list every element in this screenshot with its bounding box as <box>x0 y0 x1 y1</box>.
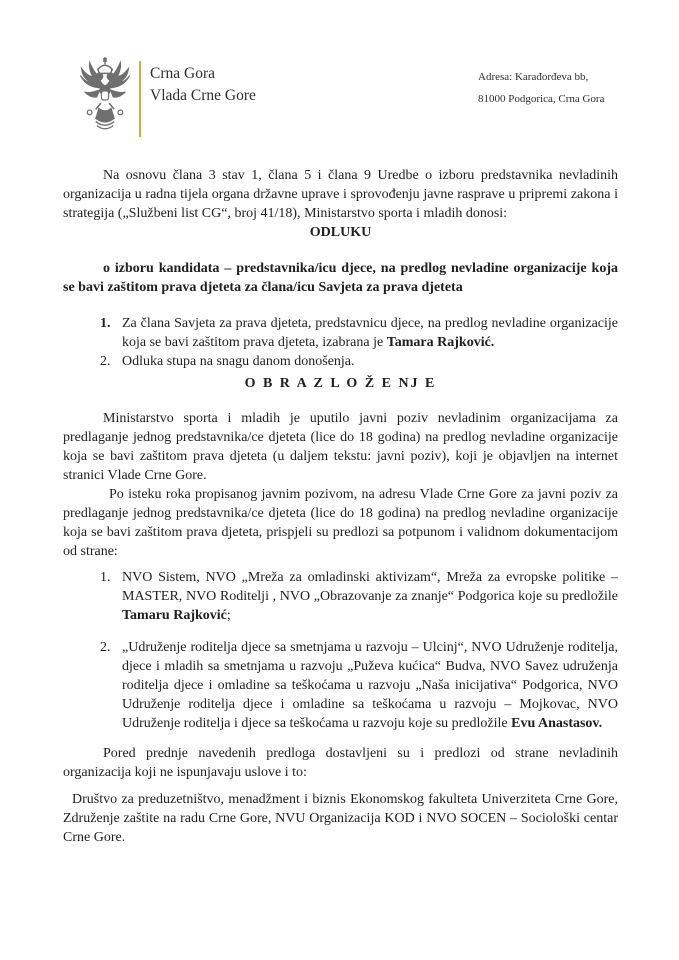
decision-item-1: 1. Za člana Savjeta za prava djeteta, pr… <box>63 314 618 352</box>
bold-name: Evu Anastasov. <box>511 716 602 731</box>
closing-paragraph-1: Pored prednje navedenih predloga dostavl… <box>63 744 618 782</box>
coat-of-arms-icon <box>76 56 134 140</box>
list-item-text: NVO Sistem, NVO „Mreža za omladinski akt… <box>122 570 618 623</box>
bold-name: Tamara Rajković. <box>387 335 495 350</box>
closing-paragraph-2: Društvo za preduzetništvo, menadžment i … <box>63 790 618 847</box>
rationale-paragraph-2: Po isteku roka propisanog javnim pozivom… <box>63 485 618 561</box>
decision-subject: o izboru kandidata – predstavnika/icu dj… <box>63 259 618 297</box>
decision-title: ODLUKU <box>63 223 618 242</box>
list-marker: 2. <box>100 638 111 657</box>
list-marker: 2. <box>100 352 111 371</box>
org-name-line2: Vlada Crne Gore <box>150 85 256 107</box>
address-line1: Adresa: Karađorđeva bb, <box>478 66 604 88</box>
letterhead: Crna Gora Vlada Crne Gore Adresa: Karađo… <box>0 0 679 150</box>
proposals-list: 1. NVO Sistem, NVO „Mreža za omladinski … <box>63 568 618 733</box>
list-marker: 1. <box>100 314 111 333</box>
proposal-item-2: 2. „Udruženje roditelja djece sa smetnja… <box>63 638 618 733</box>
letterhead-address: Adresa: Karađorđeva bb, 81000 Podgorica,… <box>478 66 604 110</box>
proposal-item-1: 1. NVO Sistem, NVO „Mreža za omladinski … <box>63 568 618 625</box>
document-page: Crna Gora Vlada Crne Gore Adresa: Karađo… <box>0 0 679 960</box>
bold-name: Tamaru Rajković <box>122 608 227 623</box>
rationale-heading: O B R A Z L O Ž E NJ E <box>63 374 618 393</box>
list-item-text: „Udruženje roditelja djece sa smetnjama … <box>122 640 618 731</box>
document-body: Na osnovu člana 3 stav 1, člana 5 i član… <box>63 166 618 847</box>
decision-list: 1. Za člana Savjeta za prava djeteta, pr… <box>63 314 618 371</box>
org-name-line1: Crna Gora <box>150 63 256 85</box>
list-marker: 1. <box>100 568 111 587</box>
list-item-text: Za člana Savjeta za prava djeteta, preds… <box>122 316 618 350</box>
letterhead-divider <box>139 61 141 137</box>
address-line2: 81000 Podgorica, Crna Gora <box>478 88 604 110</box>
org-name: Crna Gora Vlada Crne Gore <box>150 63 256 107</box>
intro-paragraph: Na osnovu člana 3 stav 1, člana 5 i član… <box>63 166 618 223</box>
rationale-paragraph-1: Ministarstvo sporta i mladih je uputilo … <box>63 409 618 485</box>
decision-item-2: 2. Odluka stupa na snagu danom donošenja… <box>63 352 618 371</box>
list-item-text: Odluka stupa na snagu danom donošenja. <box>122 354 355 369</box>
